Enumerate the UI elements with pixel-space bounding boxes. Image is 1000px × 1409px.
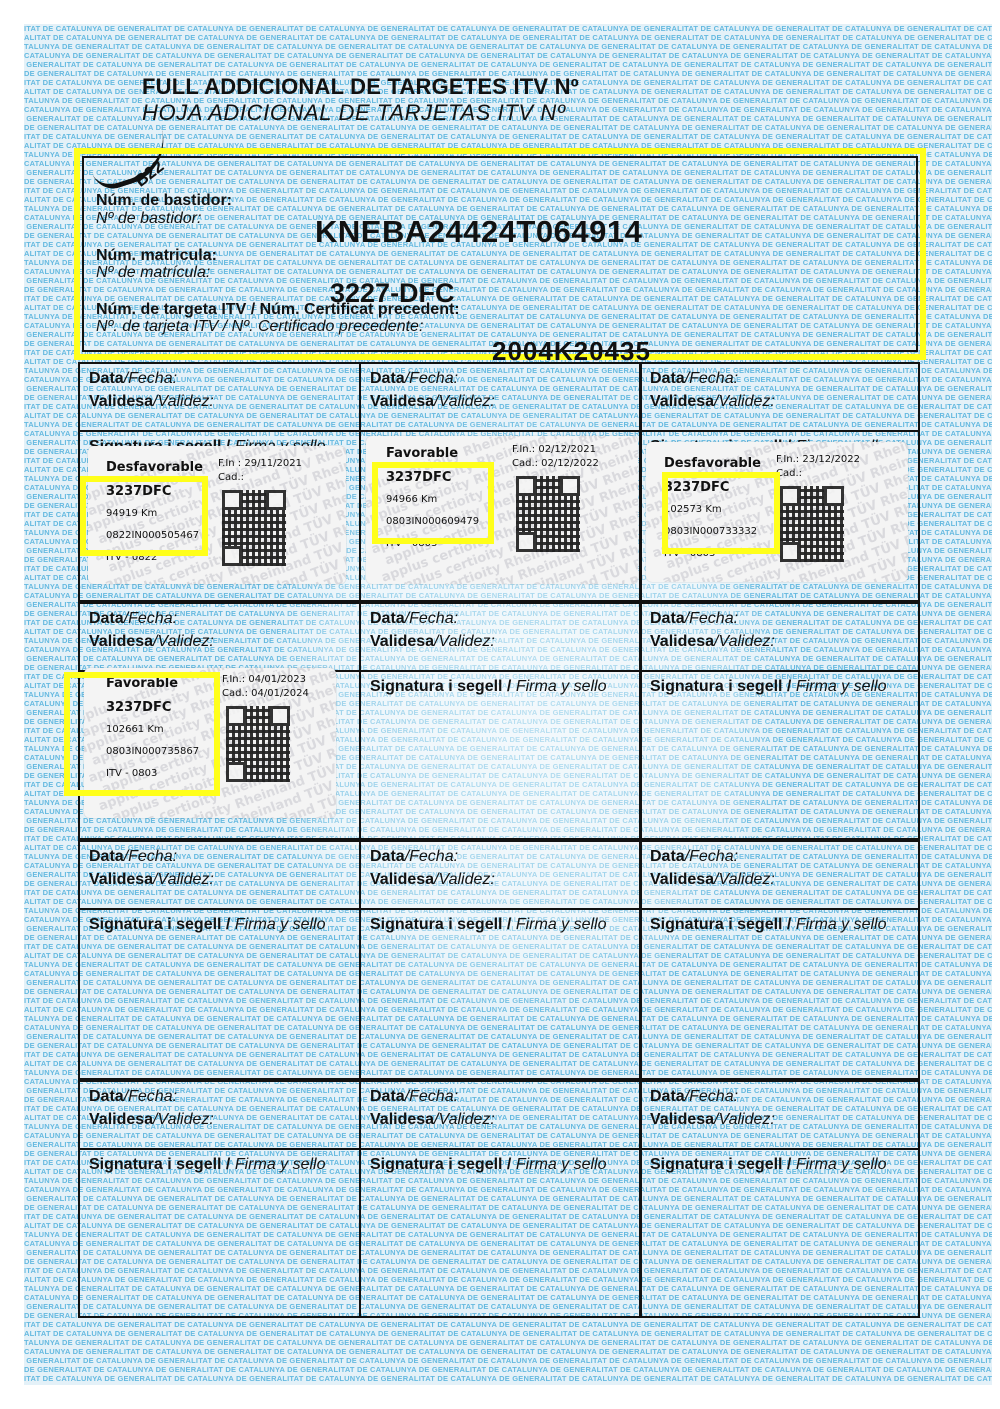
cell-date-section: Data/Fecha:Validesa/Validez:: [641, 842, 918, 910]
date-label: Data/Fecha:: [370, 370, 458, 388]
highlight-sticker-info: [662, 472, 780, 554]
cell-date-section: Data/Fecha:Validesa/Validez:: [641, 1082, 918, 1150]
date-label: Data/Fecha:: [370, 610, 458, 628]
inspection-cell: Data/Fecha:Validesa/Validez:Signatura i …: [359, 840, 642, 1080]
highlight-sticker-info: [80, 476, 208, 556]
vin-value: KNEBA24424T064914: [315, 214, 642, 250]
sticker-inspection-date: F.In.: 02/12/2021: [512, 444, 596, 455]
date-label: Data/Fecha:: [650, 610, 738, 628]
date-label: Data/Fecha:: [650, 1088, 738, 1106]
cell-date-section: Data/Fecha:Validesa/Validez:: [80, 842, 359, 910]
inspection-cell: Data/Fecha:Validesa/Validez:Signatura i …: [359, 1080, 642, 1318]
inspection-cell: Data/Fecha:Validesa/Validez:Signatura i …: [639, 1080, 920, 1318]
signature-label: Signatura i segell / Firma y sello: [650, 916, 887, 934]
cell-date-section: Data/Fecha:Validesa/Validez:: [80, 604, 359, 672]
validity-label: Validesa/Validez:: [370, 1111, 495, 1129]
validity-label: Validesa/Validez:: [650, 1111, 775, 1129]
highlight-sticker-info: [64, 672, 220, 796]
validity-label: Validesa/Validez:: [89, 871, 214, 889]
cert-label-es: Nº. de tarjeta ITV / Nº. Certificado pre…: [96, 318, 423, 336]
cell-date-section: Data/Fecha:Validesa/Validez:: [80, 1082, 359, 1150]
previous-cert-value: 2004K20435: [492, 342, 651, 362]
validity-label: Validesa/Validez:: [89, 1111, 214, 1129]
date-label: Data/Fecha:: [89, 1088, 177, 1106]
qr-code-icon: [516, 476, 580, 552]
cell-date-section: Data/Fecha:Validesa/Validez:: [641, 364, 918, 432]
qr-code-icon: [222, 490, 286, 566]
sticker-inspection-date: F.In.: 04/01/2023: [222, 674, 306, 685]
plate-label-es: Nº de matrícula:: [96, 264, 210, 282]
signature-label: Signatura i segell / Firma y sello: [650, 1156, 887, 1174]
signature-label: Signatura i segell / Firma y sello: [89, 916, 326, 934]
sticker-expiry-date: Cad.: 02/12/2022: [512, 458, 599, 469]
inspection-cell: Data/Fecha:Validesa/Validez:Signatura i …: [359, 602, 642, 840]
qr-code-icon: [780, 486, 844, 562]
signature-label: Signatura i segell / Firma y sello: [650, 678, 887, 696]
vin-label-es: Nº de bastidor:: [96, 210, 201, 228]
inspection-cell: Data/Fecha:Validesa/Validez:Signatura i …: [78, 1080, 361, 1318]
date-label: Data/Fecha:: [370, 848, 458, 866]
validity-label: Validesa/Validez:: [89, 633, 214, 651]
cert-label-ca: Núm. de targeta ITV / Núm. Certificat pr…: [96, 301, 460, 319]
date-label: Data/Fecha:: [370, 1088, 458, 1106]
inspection-cell: Data/Fecha:Validesa/Validez:Signatura i …: [639, 602, 920, 840]
inspection-cell: Data/Fecha:Validesa/Validez:Signatura i …: [639, 840, 920, 1080]
sticker-result: Desfavorable: [106, 460, 203, 475]
date-label: Data/Fecha:: [89, 848, 177, 866]
highlight-sticker-info: [372, 462, 494, 544]
sticker-expiry-date: Cad.:: [218, 472, 244, 483]
plate-label-ca: Núm. matricula:: [96, 247, 217, 265]
cell-date-section: Data/Fecha:Validesa/Validez:: [361, 1082, 640, 1150]
signature-label: Signatura i segell / Firma y sello: [89, 1156, 326, 1174]
sticker-inspection-date: F.In : 29/11/2021: [218, 458, 302, 469]
document-title-spanish: HOJA ADICIONAL DE TARJETAS ITV Nº: [142, 100, 566, 126]
inspection-cell: Data/Fecha:Validesa/Validez:Signatura i …: [78, 840, 361, 1080]
cell-date-section: Data/Fecha:Validesa/Validez:: [641, 604, 918, 672]
signature-label: Signatura i segell / Firma y sello: [370, 1156, 607, 1174]
validity-label: Validesa/Validez:: [650, 633, 775, 651]
cell-date-section: Data/Fecha:Validesa/Validez:: [80, 364, 359, 432]
validity-label: Validesa/Validez:: [370, 871, 495, 889]
sticker-inspection-date: F.In.: 23/12/2022: [776, 454, 860, 465]
sticker-result: Favorable: [386, 446, 458, 461]
sticker-result: Desfavorable: [664, 456, 761, 471]
validity-label: Validesa/Validez:: [370, 633, 495, 651]
sticker-expiry-date: Cad.: 04/01/2024: [222, 688, 309, 699]
signature-label: Signatura i segell / Firma y sello: [370, 916, 607, 934]
date-label: Data/Fecha:: [89, 370, 177, 388]
date-label: Data/Fecha:: [89, 610, 177, 628]
validity-label: Validesa/Validez:: [89, 393, 214, 411]
validity-label: Validesa/Validez:: [650, 393, 775, 411]
validity-label: Validesa/Validez:: [370, 393, 495, 411]
signature-label: Signatura i segell / Firma y sello: [370, 678, 607, 696]
cell-date-section: Data/Fecha:Validesa/Validez:: [361, 604, 640, 672]
vin-label-ca: Núm. de bastidor:: [96, 192, 232, 210]
qr-code-icon: [226, 706, 290, 782]
previous-cert-text: 2004K20435: [492, 342, 651, 362]
cell-date-section: Data/Fecha:Validesa/Validez:: [361, 364, 640, 432]
document-title-catalan: FULL ADDICIONAL DE TARGETES ITV Nº: [142, 74, 579, 100]
date-label: Data/Fecha:: [650, 370, 738, 388]
cell-date-section: Data/Fecha:Validesa/Validez:: [361, 842, 640, 910]
date-label: Data/Fecha:: [650, 848, 738, 866]
validity-label: Validesa/Validez:: [650, 871, 775, 889]
